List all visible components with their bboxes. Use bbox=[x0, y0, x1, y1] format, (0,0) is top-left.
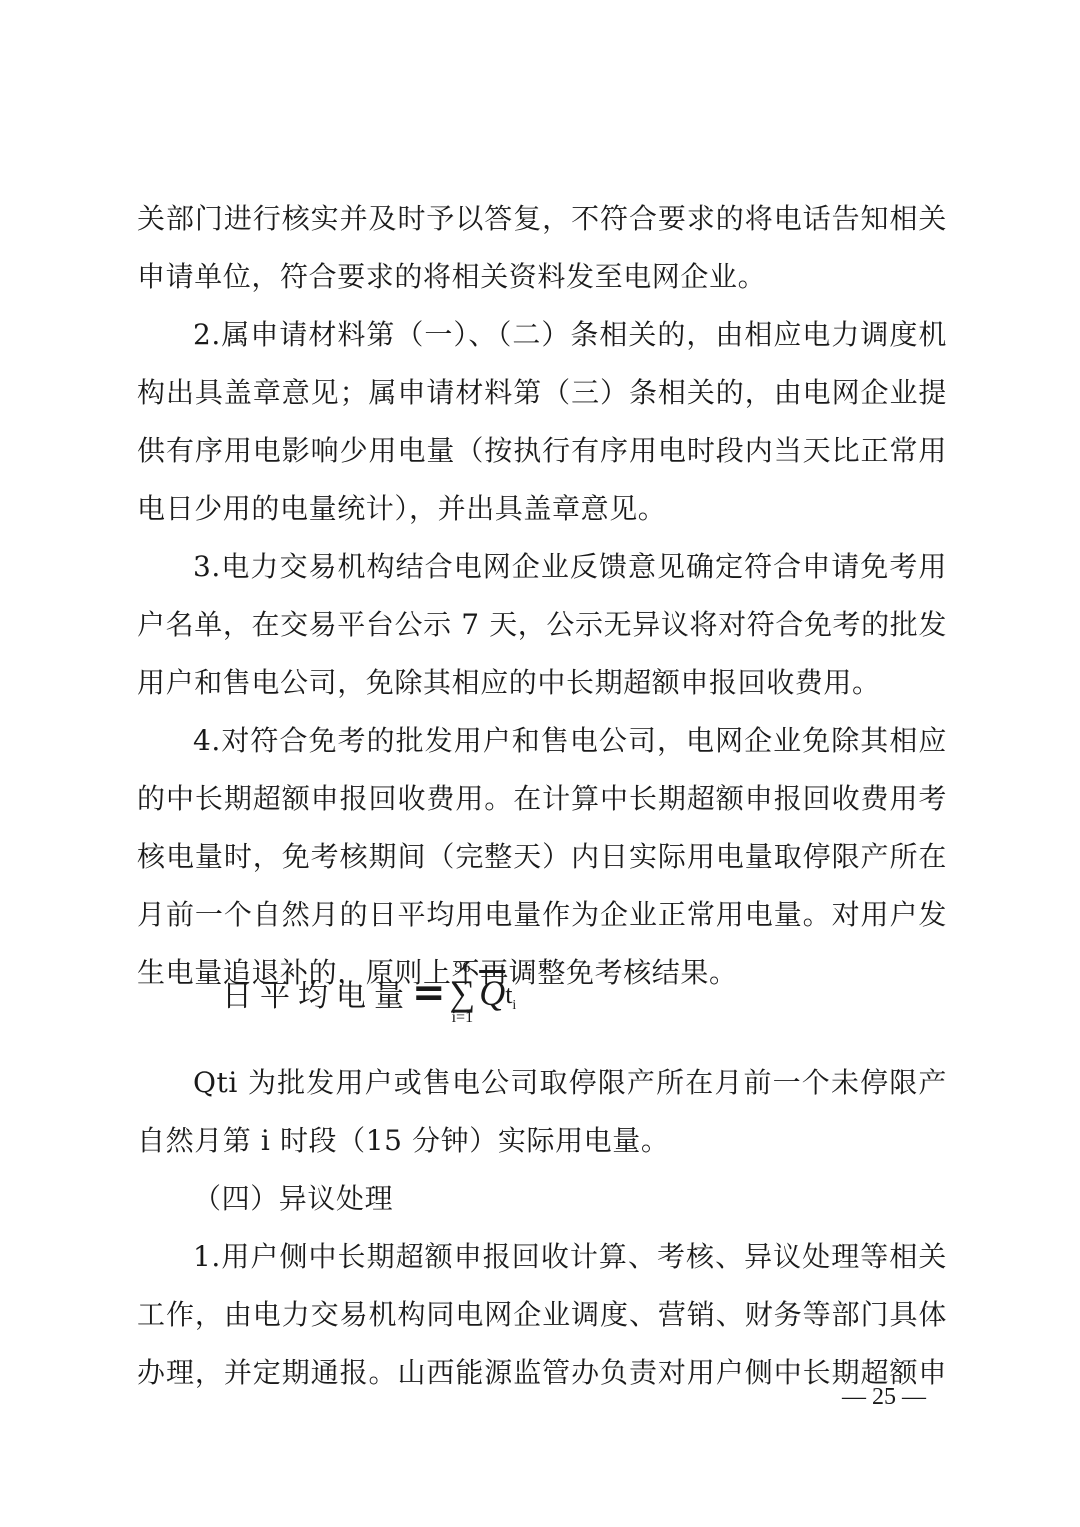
text-line: 用户和售电公司，免除其相应的中长期超额申报回收费用。 bbox=[137, 654, 947, 712]
text-line-paragraph-4: 4.对符合免考的批发用户和售电公司，电网企业免除其相应 bbox=[137, 712, 947, 770]
text-line: 申请单位，符合要求的将相关资料发至电网企业。 bbox=[137, 248, 947, 306]
text-line: 月前一个自然月的日平均用电量作为企业正常用电量。对用户发 bbox=[137, 886, 947, 944]
text-line-paragraph-3: 3.电力交易机构结合电网企业反馈意见确定符合申请免考用 bbox=[137, 538, 947, 596]
text-line: 户名单，在交易平台公示 7 天，公示无异议将对符合免考的批发 bbox=[137, 596, 947, 654]
text-line: 关部门进行核实并及时予以答复，不符合要求的将电话告知相关 bbox=[137, 190, 947, 248]
text-line: 供有序用电影响少用电量（按执行有序用电时段内当天比正常用 bbox=[137, 422, 947, 480]
summation-lower-limit: i=1 bbox=[452, 1010, 473, 1026]
text-line: 工作，由电力交易机构同电网企业调度、营销、财务等部门具体 bbox=[137, 1286, 947, 1344]
sigma-symbol: ∑ bbox=[450, 976, 476, 1010]
text-line: 自然月第 i 时段（15 分钟）实际用电量。 bbox=[137, 1112, 947, 1170]
text-line: 核电量时，免考核期间（完整天）内日实际用电量取停限产所在 bbox=[137, 828, 947, 886]
formula-lhs: 日平均电量 bbox=[222, 971, 412, 1015]
formula-equals: = bbox=[412, 973, 446, 1013]
formula-subscript: ti bbox=[505, 980, 516, 1014]
text-line: 的中长期超额申报回收费用。在计算中长期超额申报回收费用考 bbox=[137, 770, 947, 828]
page-number: — 25 — bbox=[842, 1384, 926, 1411]
summation: 96 ∑ i=1 bbox=[450, 960, 476, 1026]
formula-variable-q-bar: Q bbox=[479, 972, 505, 1014]
text-line: 构出具盖章意见；属申请材料第（三）条相关的，由电网企业提 bbox=[137, 364, 947, 422]
text-line-qti-definition: Qti 为批发用户或售电公司取停限产所在月前一个未停限产 bbox=[137, 1054, 947, 1112]
document-page-bottom: Qti 为批发用户或售电公司取停限产所在月前一个未停限产 自然月第 i 时段（1… bbox=[137, 1054, 947, 1402]
section-heading-objection-handling: （四）异议处理 bbox=[137, 1170, 947, 1228]
text-line-paragraph-2: 2.属申请材料第（一）、（二）条相关的，由相应电力调度机 bbox=[137, 306, 947, 364]
text-line: 电日少用的电量统计），并出具盖章意见。 bbox=[137, 480, 947, 538]
document-page-top: 关部门进行核实并及时予以答复，不符合要求的将电话告知相关 申请单位，符合要求的将… bbox=[137, 190, 947, 1002]
text-line-paragraph-1: 1.用户侧中长期超额申报回收计算、考核、异议处理等相关 bbox=[137, 1228, 947, 1286]
text-line: 办理，并定期通报。山西能源监管办负责对用户侧中长期超额申 bbox=[137, 1344, 947, 1402]
daily-average-formula: 日平均电量 = 96 ∑ i=1 Q ti bbox=[222, 948, 516, 1038]
subscript-i: i bbox=[512, 998, 516, 1013]
